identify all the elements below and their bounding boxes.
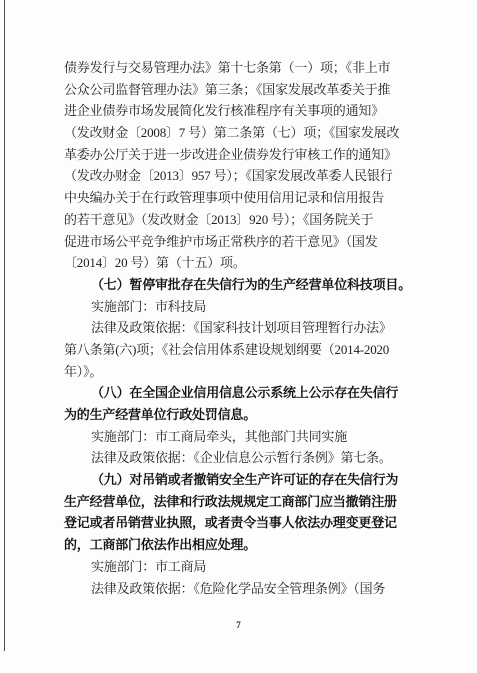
text-line: 的，工商部门依法作出相应处理。: [64, 534, 412, 556]
page-number: 7: [0, 620, 477, 630]
text-line: 为的生产经营单位行政处罚信息。: [64, 404, 412, 426]
text-line: （七）暂停审批存在失信行为的生产经营单位科技项目。: [64, 274, 412, 296]
text-line: 法律及政策依据：《国家科技计划项目管理暂行办法》: [64, 317, 412, 339]
text-line: 实施部门：市科技局: [64, 296, 412, 318]
text-line: 债券发行与交易管理办法》第十七条第（一）项；《非上市: [64, 57, 412, 79]
text-line: 登记或者吊销营业执照，或者责令当事人依法办理变更登记: [64, 512, 412, 534]
text-line: （九）对吊销或者撤销安全生产许可证的存在失信行为: [64, 469, 412, 491]
text-line: （发改办财金〔2013〕957 号）；《国家发展改革委人民银行: [64, 165, 412, 187]
text-line: 法律及政策依据：《危险化学品安全管理条例》（国务: [64, 578, 412, 600]
text-line: （八）在全国企业信用信息公示系统上公示存在失信行: [64, 382, 412, 404]
text-line: （发改财金〔2008〕7 号）第二条第（七）项；《国家发展改: [64, 122, 412, 144]
text-line: 法律及政策依据：《企业信息公示暂行条例》第七条。: [64, 447, 412, 469]
text-line: 促进市场公平竞争维护市场正常秩序的若干意见》（国发: [64, 231, 412, 253]
text-line: 实施部门：市工商局牵头，其他部门共同实施: [64, 426, 412, 448]
document-body: 债券发行与交易管理办法》第十七条第（一）项；《非上市公众公司监督管理办法》第三条…: [64, 57, 412, 599]
text-line: 年）》。: [64, 361, 412, 383]
text-line: 实施部门：市工商局: [64, 556, 412, 578]
text-line: 公众公司监督管理办法》第三条；《国家发展改革委关于推: [64, 79, 412, 101]
scan-edge-line: [4, 0, 5, 651]
text-line: 的若干意见》（发改财金〔2013〕920 号）；《国务院关于: [64, 209, 412, 231]
document-page: 债券发行与交易管理办法》第十七条第（一）项；《非上市公众公司监督管理办法》第三条…: [0, 0, 477, 673]
text-line: 〔2014〕20 号）第（十五）项。: [64, 252, 412, 274]
text-line: 生产经营单位，法律和行政法规规定工商部门应当撤销注册: [64, 491, 412, 513]
text-line: 进企业债券市场发展简化发行核准程序有关事项的通知》: [64, 100, 412, 122]
text-line: 革委办公厅关于进一步改进企业债券发行审核工作的通知》: [64, 144, 412, 166]
text-line: 第八条第(六)项；《社会信用体系建设规划纲要（2014-2020: [64, 339, 412, 361]
text-line: 中央编办关于在行政管理事项中使用信用记录和信用报告: [64, 187, 412, 209]
